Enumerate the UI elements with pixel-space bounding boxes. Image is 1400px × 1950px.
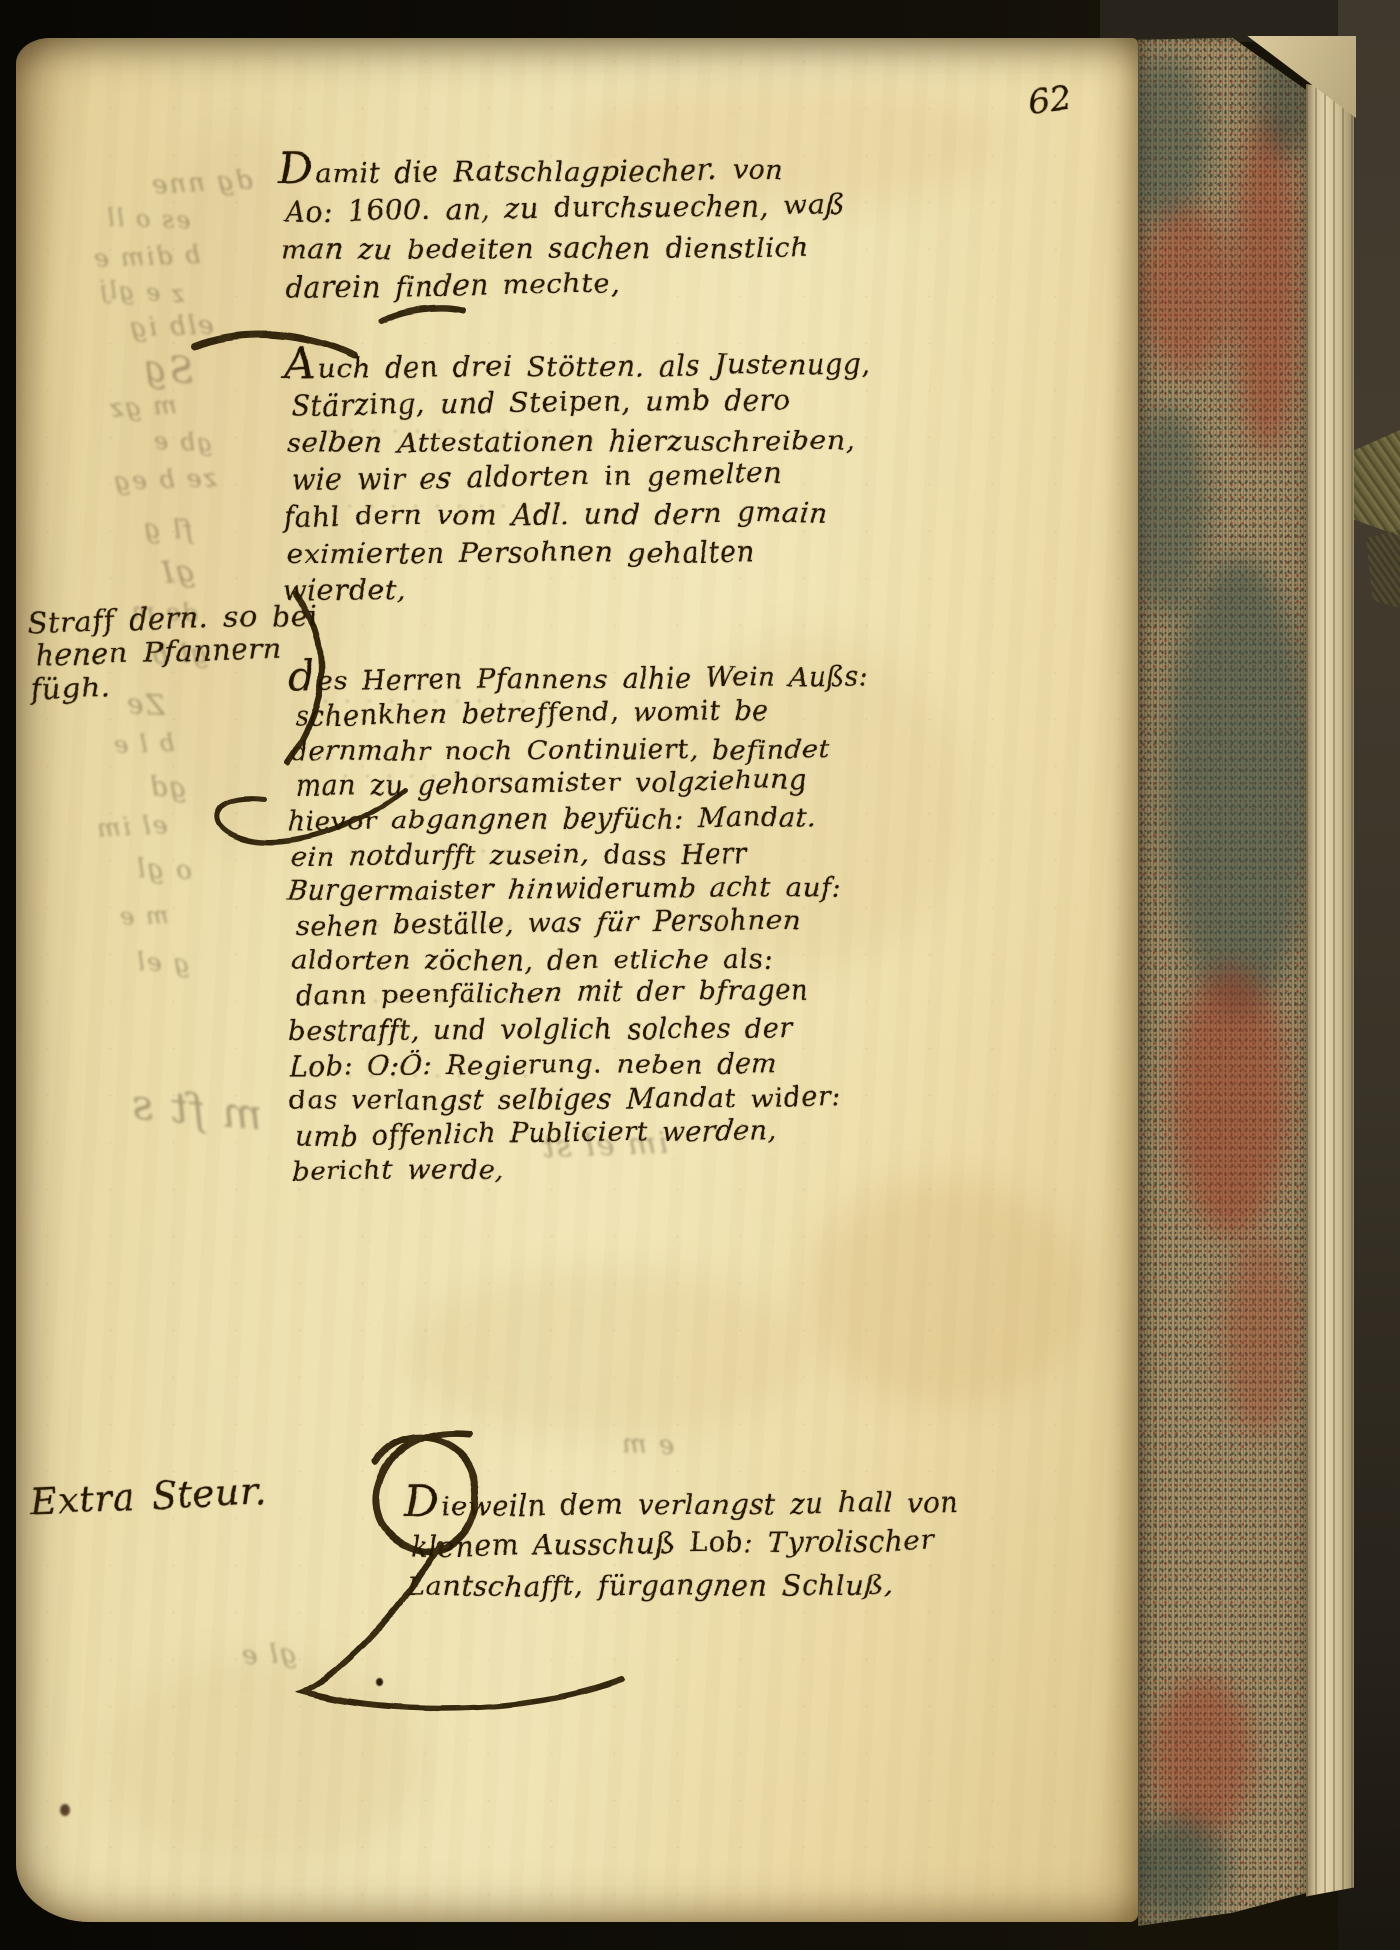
- manuscript-line: ein notdurfft zusein, dass Herr: [291, 837, 869, 874]
- margin-note-straff: Straff dern. so beihenen Pfannernfügh.: [27, 601, 320, 705]
- bleed-through-text: gl b: [149, 639, 208, 671]
- paragraph-weinausschank: des Herren Pfannens alhie Wein Außs:sche…: [288, 658, 869, 1189]
- margin-note-extra-steuer: Extra Steur.: [29, 1474, 267, 1522]
- bleed-through-text: gI: [159, 554, 196, 591]
- bleed-through-text: o gl: [134, 854, 192, 886]
- manuscript-line: man zu gehorsamister volgziehung: [296, 762, 870, 804]
- bleed-through-text: Sg: [141, 348, 195, 393]
- initial-tail: [302, 1544, 622, 1709]
- bleed-through-text: m ft s: [128, 1079, 264, 1139]
- bleed-through-text: · · · · · · · · · ·: [328, 990, 537, 1015]
- edge-stain-red: [1172, 966, 1290, 1236]
- pen-flourishes: [16, 38, 1138, 1922]
- edge-stain-red: [1152, 1676, 1254, 1836]
- manuscript-line: bestrafft, und volglich solches der: [288, 1010, 869, 1049]
- ink-dot: [376, 1678, 383, 1686]
- bleed-through-text: dg nne: [149, 165, 253, 200]
- bleed-through-text: m gz: [107, 390, 177, 423]
- manuscript-line: darein finden mechte,: [286, 262, 845, 307]
- bleed-through-text: · · · · · · · · · · ·: [322, 690, 553, 715]
- bleed-through-text: im el st: [539, 1126, 668, 1165]
- manuscript-page: dg nnees o llb dim ez e gljelb igSgm gzg…: [16, 38, 1138, 1922]
- manuscript-line: Ao: 1600. an, zu durchsuechen, waß: [286, 186, 845, 231]
- manuscript-line: Lob: O:Ö: Regierung. neben dem: [291, 1047, 869, 1084]
- bleed-through-text: · · · · · · · · ·: [346, 495, 533, 520]
- lead-in-swash: [194, 335, 354, 356]
- manuscript-line: man zu bedeiten sachen dienstlich: [281, 229, 844, 269]
- book-fore-edge: [1138, 36, 1310, 1926]
- bleed-through-text: z e glj: [97, 276, 185, 308]
- paper-stain: [406, 1268, 806, 1438]
- bleed-through-text: elb ig: [128, 311, 215, 344]
- bleed-through-text: el im: [94, 810, 168, 843]
- manuscript-line: Lantschafft, fürgangnen Schluß,: [407, 1565, 959, 1607]
- manuscript-line: dernmahr noch Continuiert, befindet: [291, 732, 869, 769]
- manuscript-line: aldorten zöchen, den etliche als:: [291, 942, 869, 979]
- bleed-through-text: e m: [619, 1429, 674, 1461]
- bleed-through-text: b dim e: [92, 240, 201, 273]
- manuscript-line: Extra Steur.: [29, 1472, 267, 1522]
- folio-number: 62: [1026, 78, 1074, 123]
- paper-stain: [126, 128, 356, 848]
- paragraph-ratschlagbuecher: Damit die Ratschlagpiecher. vonAo: 1600.…: [278, 150, 844, 307]
- bleed-through-text: gb e: [152, 427, 214, 457]
- manuscript-line: hievor abgangnen beyfüch: Mandat.: [288, 800, 869, 839]
- manuscript-photo: dg nnees o llb dim ez e gljelb igSgm gzg…: [0, 0, 1400, 1950]
- bleed-through-text: · · · · · · · · ·: [342, 765, 529, 790]
- bleed-through-text: es o ll: [105, 204, 192, 235]
- margin-bracket: [288, 594, 321, 762]
- manuscript-line: henen Pfannern: [36, 631, 320, 672]
- manuscript-line: Damit die Ratschlagpiecher. von: [278, 146, 844, 193]
- edge-stain-teal: [1164, 556, 1314, 1016]
- vellum-cover-edge: [1306, 84, 1354, 1902]
- manuscript-line: bericht werde,: [291, 1152, 869, 1189]
- manuscript-line: Burgermaister hinwiderumb acht auf:: [288, 870, 869, 909]
- edge-stain-teal: [1126, 1816, 1228, 1921]
- paragraph-extra-steuer: Dieweiln dem verlangst zu hall vonklenem…: [404, 1482, 959, 1607]
- edge-stain-red: [1222, 1236, 1300, 1436]
- manuscript-line: schenkhen betreffend, womit be: [296, 692, 870, 734]
- bleed-through-text: de m: [130, 597, 199, 627]
- manuscript-line: fahl dern vom Adl. und dern gmain: [284, 494, 872, 535]
- bleed-through-text: ze b eg: [112, 463, 218, 496]
- bleed-through-text: · · · · · · · · · · · ·: [326, 420, 579, 445]
- bleed-through-text: · · · · · · · · · · ·: [326, 840, 557, 865]
- initial-loop: [376, 1433, 476, 1551]
- manuscript-line: das verlangst selbiges Mandat wider:: [288, 1080, 869, 1119]
- manuscript-line: dann peenfälichen mit der bfragen: [296, 972, 870, 1014]
- paper-fleck: [60, 1804, 70, 1816]
- manuscript-line: umb offenlich Publiciert werden,: [296, 1112, 870, 1154]
- manuscript-line: Auch den drei Stötten. als Justenugg,: [284, 342, 872, 387]
- bleed-through-text: · · · · · · · · ·: [346, 1065, 533, 1090]
- manuscript-line: selben Attestationen hierzuschreiben,: [287, 422, 872, 461]
- bleed-through-text: Ze: [124, 687, 166, 722]
- manuscript-line: wie wir es aldorten in gemelten: [292, 454, 872, 498]
- manuscript-line: sehen beställe, was für Persohnen: [296, 902, 870, 944]
- manuscript-line: klenem Ausschuß Lob: Tyrolischer: [412, 1520, 959, 1567]
- manuscript-line: Stärzing, und Steipen, umb dero: [292, 380, 872, 424]
- bleed-through-text: m e: [118, 901, 170, 931]
- bleed-through-text: g el: [135, 947, 191, 978]
- edge-stain-teal: [1130, 406, 1208, 616]
- manuscript-line: des Herren Pfannens alhie Wein Außs:: [288, 654, 869, 699]
- paper-stain: [576, 78, 996, 208]
- section-divider-stroke: [382, 308, 464, 320]
- bleed-through-text: gd: [147, 771, 187, 803]
- manuscript-line: Dieweiln dem verlangst zu hall von: [404, 1478, 959, 1527]
- bleed-through-text: gl e: [239, 1639, 297, 1671]
- bleed-through-text: fl g: [141, 514, 193, 546]
- margin-underflourish: [216, 790, 404, 842]
- manuscript-line: Straff dern. so bei: [27, 599, 319, 639]
- edge-stain-red: [1234, 116, 1300, 456]
- manuscript-line: wierdet,: [284, 568, 872, 609]
- bleed-through-text: b l e: [112, 729, 175, 759]
- bleed-through-text: · · · · · · · ·: [352, 915, 517, 940]
- paper-stain: [106, 1658, 426, 1868]
- paper-stain: [806, 1178, 1086, 1408]
- manuscript-line: fügh.: [31, 666, 320, 705]
- manuscript-line: eximierten Persohnen gehalten: [287, 533, 872, 572]
- paragraph-drei-staedte: Auch den drei Stötten. als Justenugg,Stä…: [284, 346, 872, 609]
- paper-stain: [636, 638, 966, 968]
- edge-stain-red: [1142, 206, 1234, 376]
